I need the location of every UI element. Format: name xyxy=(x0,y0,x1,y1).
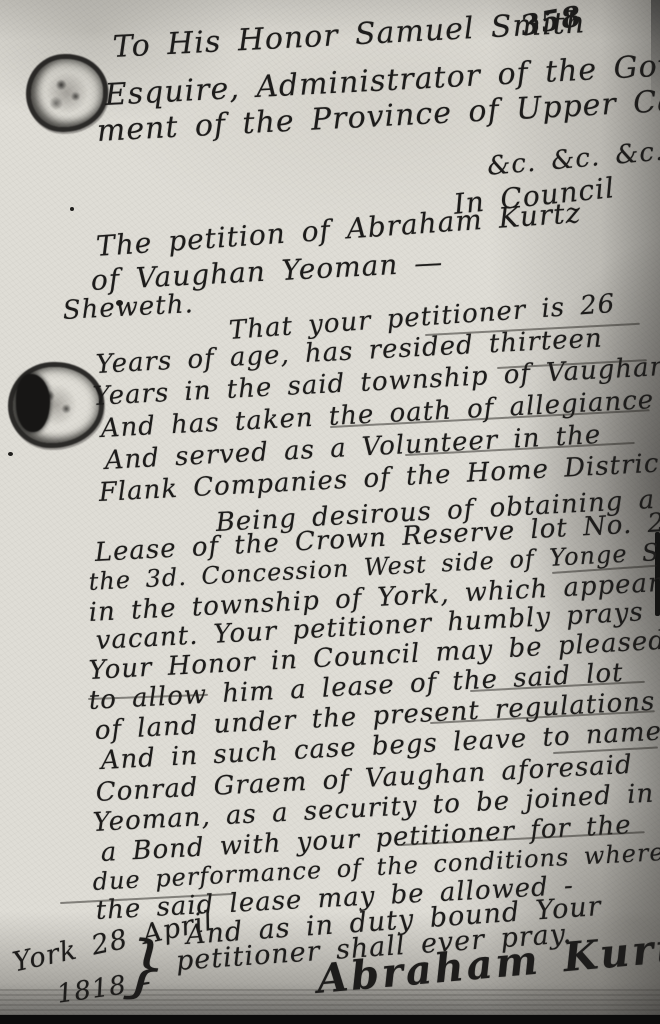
ink-speck xyxy=(70,207,74,211)
sheweth-line: Sheweth. xyxy=(62,289,194,326)
scan-edge-bottom xyxy=(0,1015,660,1024)
ink-stamp-mid-left xyxy=(8,362,104,448)
ink-stamp-dark-patch xyxy=(16,374,50,432)
dateline-brace: } xyxy=(120,926,170,1008)
ink-speck xyxy=(8,452,13,456)
manuscript-page: 358 To His Honor Samuel Smith Esquire, A… xyxy=(0,0,660,1024)
